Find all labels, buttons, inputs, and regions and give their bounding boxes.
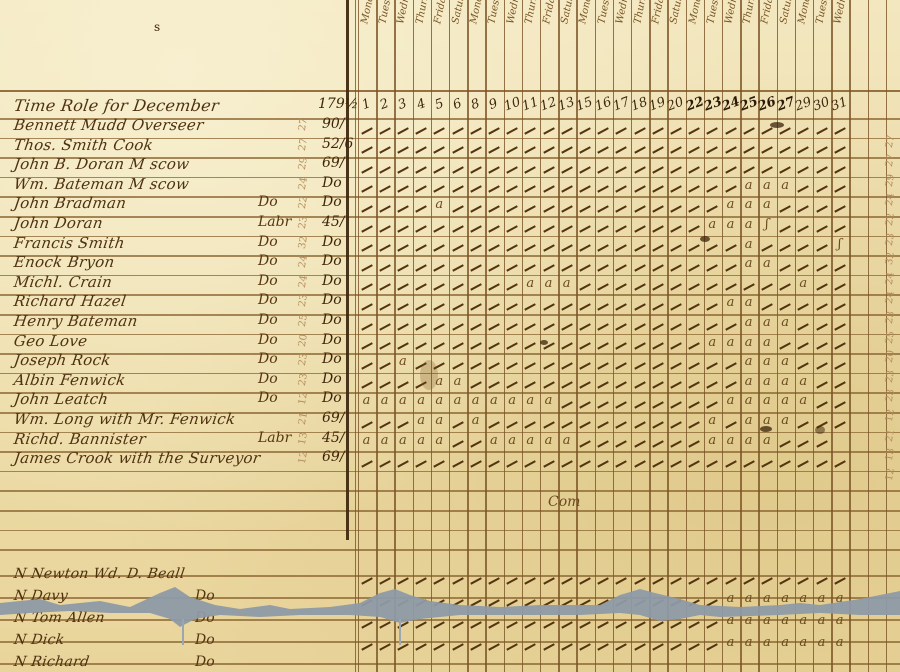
slash-stroke [434,577,445,584]
wage-amount: Do [322,292,342,308]
slash-stroke [688,401,699,408]
slash-stroke [397,460,408,467]
present-mark [758,456,775,471]
slash-stroke [561,460,572,467]
slash-stroke [579,460,590,467]
present-mark [522,260,539,275]
present-mark [431,339,448,354]
slash-stroke [379,362,390,369]
employee-name: Thos. Smith Cook [13,136,155,154]
employee-role: Do [258,390,278,406]
wage-amount: 45/ [322,214,345,230]
slash-stroke [543,323,554,330]
present-mark [431,280,448,295]
present-mark [667,319,684,334]
slash-stroke [616,362,627,369]
slash-stroke [415,244,426,251]
slash-stroke [525,244,536,251]
absent-mark: a [394,433,411,448]
slash-stroke [506,577,517,584]
slash-stroke [452,264,463,271]
employee-name: Albin Fenwick [13,371,127,389]
employee-role: Do [258,253,278,269]
slash-stroke [434,264,445,271]
ink-blot [770,122,784,128]
slash-stroke [361,244,372,251]
slash-stroke [688,205,699,212]
slash-stroke [616,244,627,251]
slash-stroke [597,323,608,330]
slash-stroke [670,284,681,291]
slash-stroke [816,127,827,134]
present-mark [449,358,466,373]
present-mark [667,143,684,158]
present-mark [704,319,721,334]
slash-stroke [834,127,845,134]
slash-stroke [707,264,718,271]
present-mark [485,241,502,256]
present-mark [704,299,721,314]
present-mark [540,123,557,138]
slash-stroke [816,342,827,349]
slash-stroke [688,186,699,193]
present-mark [795,182,812,197]
present-mark [613,221,630,236]
day-tally: 32 [297,235,310,249]
slash-stroke [579,421,590,428]
slash-stroke [415,264,426,271]
present-mark [758,143,775,158]
slash-stroke [816,577,827,584]
slash-stroke [379,323,390,330]
present-mark [467,299,484,314]
grid-column-line [849,0,850,672]
slash-stroke [525,166,536,173]
day-tally: 21 [297,411,310,425]
present-mark [558,221,575,236]
slash-stroke [816,244,827,251]
slash-stroke [616,225,627,232]
present-mark [649,339,666,354]
slash-stroke [688,127,699,134]
slash-stroke [616,166,627,173]
slash-stroke [470,264,481,271]
present-mark [795,241,812,256]
absent-mark: a [504,433,521,448]
present-mark [813,378,830,393]
slash-stroke [670,440,681,447]
present-mark [394,456,411,471]
slash-stroke [397,166,408,173]
present-mark [667,280,684,295]
present-mark [394,201,411,216]
slash-stroke [779,225,790,232]
slash-stroke [798,205,809,212]
slash-stroke [597,186,608,193]
present-mark [413,260,430,275]
slash-stroke [634,401,645,408]
present-mark [831,358,848,373]
present-mark [522,182,539,197]
present-mark [686,162,703,177]
slash-stroke [652,362,663,369]
present-mark [504,417,521,432]
present-mark [813,201,830,216]
margin-count: 23 [884,389,897,403]
slash-stroke [434,225,445,232]
slash-stroke [707,401,718,408]
slash-stroke [379,186,390,193]
slash-stroke [725,146,736,153]
absent-mark: a [777,354,794,369]
absent-mark: a [540,276,557,291]
absent-mark: a [795,393,812,408]
slash-stroke [415,342,426,349]
slash-stroke [652,382,663,389]
corner-mark: s [154,20,160,34]
present-mark [795,221,812,236]
absent-mark: a [376,433,393,448]
present-mark [686,378,703,393]
present-mark [467,280,484,295]
slash-stroke [779,342,790,349]
employee-name: John Leatch [13,390,110,408]
slash-stroke [670,401,681,408]
present-mark [595,339,612,354]
slash-stroke [670,244,681,251]
present-mark [485,456,502,471]
absent-mark: a [777,413,794,428]
slash-stroke [452,284,463,291]
slash-stroke [779,244,790,251]
slash-stroke [670,205,681,212]
slash-stroke [634,166,645,173]
present-mark [522,162,539,177]
present-mark [431,260,448,275]
slash-stroke [361,303,372,310]
present-mark [449,339,466,354]
present-mark [613,456,630,471]
grid-column-line [868,0,869,672]
present-mark [595,397,612,412]
present-mark [595,182,612,197]
present-mark [831,319,848,334]
slash-stroke [597,362,608,369]
slash-stroke [488,303,499,310]
absent-mark: a [704,217,721,232]
absent-mark: a [722,197,739,212]
slash-stroke [452,323,463,330]
present-mark [613,339,630,354]
present-mark [722,260,739,275]
present-mark [558,339,575,354]
slash-stroke [397,205,408,212]
present-mark [413,241,430,256]
slash-stroke [779,166,790,173]
slash-stroke [597,205,608,212]
present-mark [758,280,775,295]
employee-role: Do [258,194,278,210]
absent-mark: a [722,433,739,448]
present-mark [813,162,830,177]
absent-mark: a [740,256,757,271]
slash-stroke [452,225,463,232]
slash-stroke [579,225,590,232]
slash-stroke [434,284,445,291]
slash-stroke [579,440,590,447]
present-mark [813,299,830,314]
present-mark [777,280,794,295]
employee-role: Do [258,371,278,387]
present-mark [686,241,703,256]
slash-stroke [434,166,445,173]
slash-stroke [488,127,499,134]
present-mark [649,241,666,256]
present-mark [649,397,666,412]
slash-stroke [597,440,608,447]
slash-stroke [579,342,590,349]
slash-stroke [506,225,517,232]
slash-stroke [707,205,718,212]
present-mark [795,123,812,138]
slash-stroke [561,362,572,369]
slash-stroke [834,166,845,173]
slash-stroke [488,342,499,349]
slash-stroke [798,166,809,173]
slash-stroke [816,401,827,408]
present-mark [667,201,684,216]
present-mark [467,437,484,452]
present-mark [576,378,593,393]
slash-stroke [616,323,627,330]
slash-stroke [834,225,845,232]
present-mark [431,123,448,138]
present-mark [595,299,612,314]
present-mark [504,241,521,256]
present-mark [813,437,830,452]
slash-stroke [415,577,426,584]
wage-amount: 69/ [322,155,345,171]
present-mark [576,339,593,354]
slash-stroke [452,421,463,428]
slash-stroke [616,284,627,291]
slash-stroke [798,577,809,584]
slash-stroke [561,264,572,271]
present-mark [722,182,739,197]
present-mark [358,182,375,197]
present-mark [722,162,739,177]
present-mark [613,319,630,334]
absent-mark: a [413,393,430,408]
slash-stroke [434,303,445,310]
present-mark [504,358,521,373]
present-mark [686,260,703,275]
present-mark [504,280,521,295]
present-mark [795,456,812,471]
slash-stroke [652,401,663,408]
present-mark [376,319,393,334]
slash-stroke [670,323,681,330]
present-mark [522,358,539,373]
present-mark [449,417,466,432]
slash-stroke [561,186,572,193]
slash-stroke [798,460,809,467]
present-mark [813,319,830,334]
present-mark [449,437,466,452]
present-mark [576,437,593,452]
margin-count: 23 [884,369,897,383]
present-mark [558,182,575,197]
absent-mark: a [540,433,557,448]
present-mark [813,123,830,138]
present-mark [449,143,466,158]
slash-stroke [670,127,681,134]
employee-name: Enock Bryon [13,253,116,271]
present-mark [758,241,775,256]
present-mark [613,378,630,393]
slash-stroke [415,205,426,212]
slash-stroke [652,225,663,232]
present-mark [704,123,721,138]
slash-stroke [688,362,699,369]
slash-stroke [506,421,517,428]
slash-stroke [452,342,463,349]
employee-name: Henry Bateman [13,312,139,330]
slash-stroke [725,127,736,134]
present-mark [667,299,684,314]
absent-mark: a [740,393,757,408]
slash-stroke [816,284,827,291]
employee-name: John Bradman [13,194,128,212]
absent-mark: a [758,197,775,212]
slash-stroke [707,166,718,173]
slash-stroke [579,186,590,193]
present-mark [576,162,593,177]
present-mark [613,417,630,432]
present-mark [540,241,557,256]
present-mark [576,397,593,412]
slash-stroke [798,421,809,428]
present-mark [722,143,739,158]
slash-stroke [470,342,481,349]
slash-stroke [379,303,390,310]
slash-stroke [798,146,809,153]
slash-stroke [506,264,517,271]
employee-name: James Crook with the Surveyor [13,449,262,467]
slash-stroke [397,146,408,153]
slash-stroke [579,401,590,408]
present-mark [831,162,848,177]
slash-stroke [488,264,499,271]
slash-stroke [543,244,554,251]
day-tally: 12 [297,450,310,464]
slash-stroke [688,382,699,389]
absent-mark: a [704,433,721,448]
slash-stroke [688,460,699,467]
present-mark [777,339,794,354]
slash-stroke [616,127,627,134]
present-mark [485,339,502,354]
slash-stroke [379,421,390,428]
absent-mark: a [522,276,539,291]
absent-mark: a [758,354,775,369]
present-mark [467,241,484,256]
present-mark [649,417,666,432]
wage-amount: Do [322,332,342,348]
present-mark [704,182,721,197]
wage-amount: 45/ [322,430,345,446]
slash-stroke [525,146,536,153]
slash-stroke [452,166,463,173]
slash-stroke [816,362,827,369]
slash-stroke [652,421,663,428]
slash-stroke [652,460,663,467]
present-mark [485,417,502,432]
present-mark [613,241,630,256]
present-mark [704,280,721,295]
present-mark [376,201,393,216]
slash-stroke [798,264,809,271]
slash-stroke [506,460,517,467]
present-mark [595,162,612,177]
present-mark [686,417,703,432]
employee-name: Michl. Crain [13,273,114,291]
absent-mark: a [558,433,575,448]
employee-role: Do [258,273,278,289]
present-mark [686,143,703,158]
absent-mark: a [467,393,484,408]
employee-name: Bennett Mudd Overseer [13,116,205,134]
slash-stroke [616,205,627,212]
present-mark [686,280,703,295]
margin-count: 22 [884,212,897,226]
present-mark [522,201,539,216]
present-mark [358,299,375,314]
slash-stroke [470,186,481,193]
present-mark [358,280,375,295]
present-mark [449,280,466,295]
present-mark [595,437,612,452]
present-mark [376,143,393,158]
slash-stroke [816,323,827,330]
present-mark [467,143,484,158]
slash-stroke [525,127,536,134]
employee-role: Do [258,312,278,328]
present-mark [467,162,484,177]
present-mark [777,221,794,236]
day-tally: 27 [297,117,310,131]
present-mark [449,241,466,256]
slash-stroke [707,303,718,310]
present-mark [504,162,521,177]
present-mark [558,123,575,138]
present-mark [631,299,648,314]
present-mark [485,162,502,177]
day-tally: 20 [297,333,310,347]
present-mark [467,378,484,393]
margin-count: 12 [884,408,897,422]
sick-mark: ʃ [831,237,848,252]
present-mark [740,123,757,138]
present-mark [686,358,703,373]
slash-stroke [652,303,663,310]
slash-stroke [488,205,499,212]
present-mark [595,319,612,334]
present-mark [449,162,466,177]
present-mark [485,358,502,373]
present-mark [485,280,502,295]
present-mark [667,397,684,412]
